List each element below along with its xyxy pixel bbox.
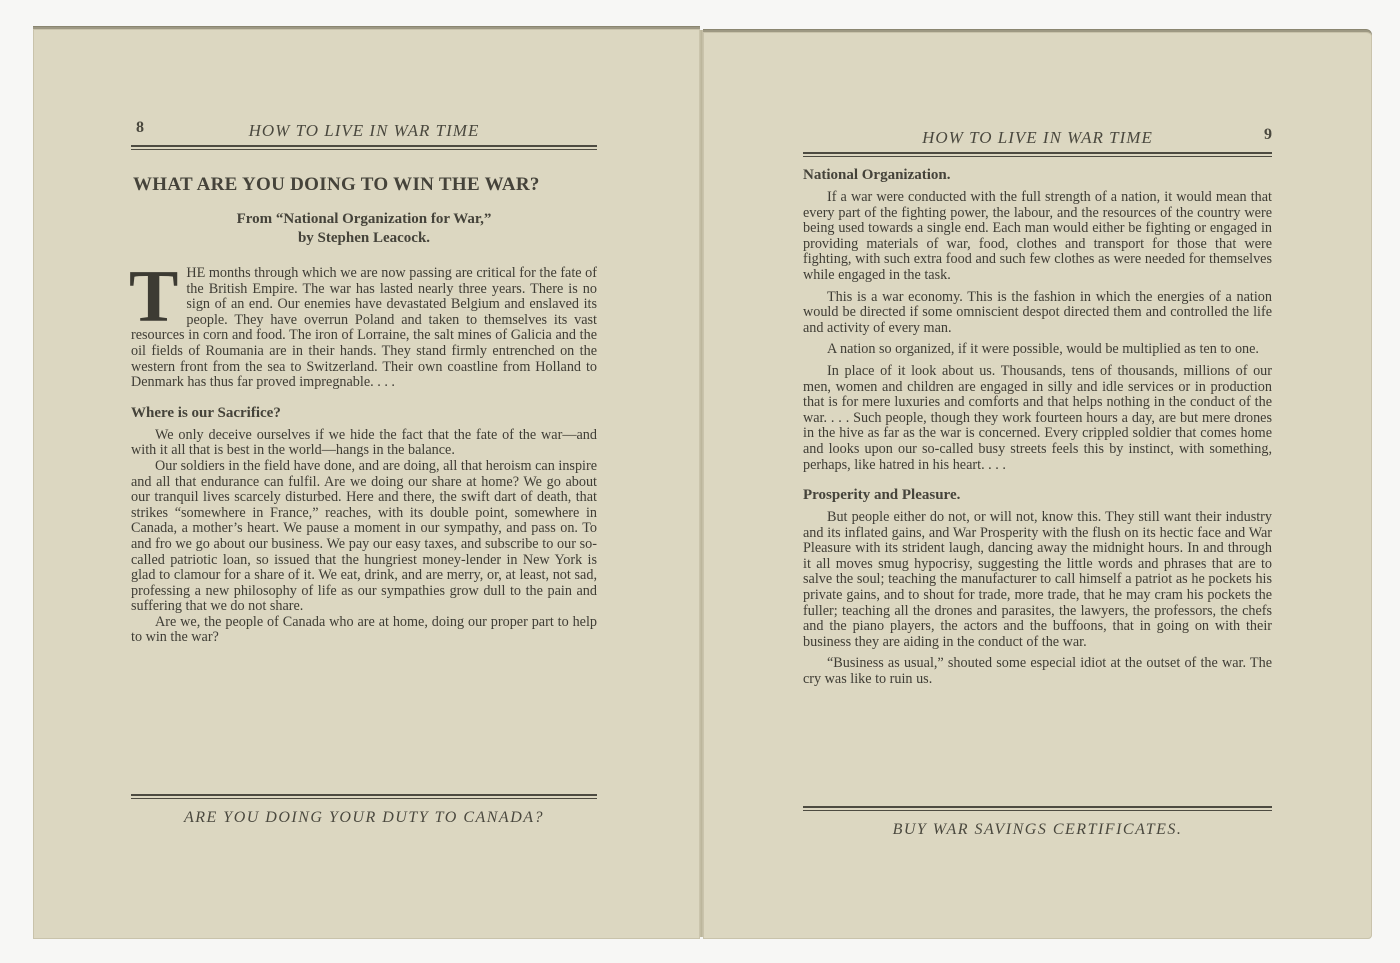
article-source: From “National Organization for War,” by…	[131, 210, 597, 248]
paragraph: Our soldiers in the field have done, and…	[131, 459, 597, 615]
left-page: 8 HOW TO LIVE IN WAR TIME WHAT ARE YOU D…	[33, 27, 700, 939]
source-author: by Stephen Leacock.	[131, 229, 597, 248]
paragraph: This is a war economy. This is the fashi…	[803, 290, 1272, 337]
footer-tagline: BUY WAR SAVINGS CERTIFICATES.	[803, 821, 1272, 839]
page-footer: BUY WAR SAVINGS CERTIFICATES.	[803, 804, 1272, 839]
page-number: 9	[1264, 126, 1272, 144]
subhead: Where is our Sacrifice?	[131, 405, 597, 422]
intro-paragraph: T HE months through which we are now pas…	[131, 266, 597, 391]
left-page-content: 8 HOW TO LIVE IN WAR TIME WHAT ARE YOU D…	[131, 121, 597, 646]
paragraph: We only deceive ourselves if we hide the…	[131, 428, 597, 459]
source-title: From “National Organization for War,”	[131, 210, 597, 229]
paragraph: But people either do not, or will not, k…	[803, 510, 1272, 650]
paragraph: If a war were conducted with the full st…	[803, 190, 1272, 284]
running-title: HOW TO LIVE IN WAR TIME	[131, 121, 597, 141]
section-heading: Prosperity and Pleasure.	[803, 487, 1272, 504]
intro-text: HE months through which we are now passi…	[131, 266, 597, 391]
paragraph: In place of it look about us. Thousands,…	[803, 364, 1272, 473]
right-page-content: HOW TO LIVE IN WAR TIME 9 National Organ…	[803, 128, 1272, 688]
running-head: 8 HOW TO LIVE IN WAR TIME	[131, 121, 597, 143]
right-page: HOW TO LIVE IN WAR TIME 9 National Organ…	[703, 30, 1372, 939]
footer-rule	[803, 806, 1272, 811]
page-footer: ARE YOU DOING YOUR DUTY TO CANADA?	[131, 792, 597, 827]
drop-cap: T	[129, 268, 178, 328]
paragraph: Are we, the people of Canada who are at …	[131, 615, 597, 646]
running-head: HOW TO LIVE IN WAR TIME 9	[803, 128, 1272, 150]
section-heading: National Organization.	[803, 167, 1272, 184]
body-text: But people either do not, or will not, k…	[803, 510, 1272, 688]
footer-rule	[131, 794, 597, 799]
paragraph: “Business as usual,” shouted some especi…	[803, 656, 1272, 687]
body-text: If a war were conducted with the full st…	[803, 190, 1272, 473]
footer-tagline: ARE YOU DOING YOUR DUTY TO CANADA?	[131, 809, 597, 827]
header-rule	[131, 145, 597, 150]
article-headline: WHAT ARE YOU DOING TO WIN THE WAR?	[133, 174, 597, 196]
paragraph: A nation so organized, if it were possib…	[803, 342, 1272, 358]
header-rule	[803, 152, 1272, 157]
running-title: HOW TO LIVE IN WAR TIME	[803, 128, 1272, 148]
body-text: We only deceive ourselves if we hide the…	[131, 428, 597, 646]
